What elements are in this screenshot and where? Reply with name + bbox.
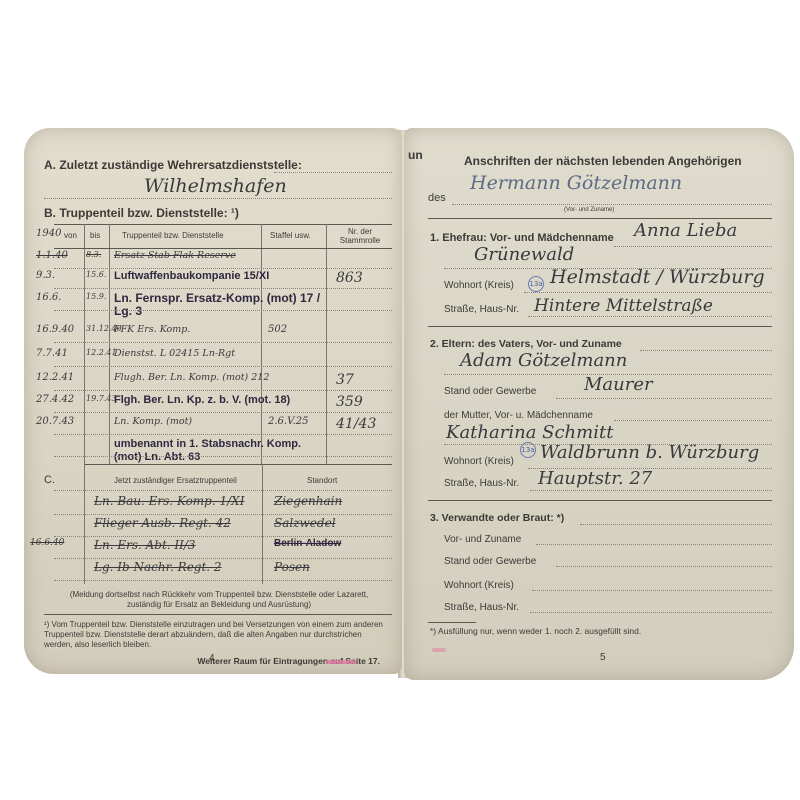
divider xyxy=(84,464,392,465)
page-number: 4 xyxy=(209,653,215,664)
wife-strasse: Hintere Mittelstraße xyxy=(534,296,713,316)
divider xyxy=(54,434,392,435)
cell-von: 9.3. xyxy=(36,270,55,281)
page-number: 5 xyxy=(600,652,606,663)
relatives-strasse-field xyxy=(530,612,772,613)
divider xyxy=(614,246,772,247)
divider xyxy=(580,524,772,525)
cell-von: 20.7.43 xyxy=(36,416,74,427)
parents-label: 2. Eltern: des Vaters, Vor- und Zuname xyxy=(430,338,622,350)
cell-bis: 19.7.43 xyxy=(86,394,117,403)
corner-text: un xyxy=(408,148,423,162)
cell-standort: Posen xyxy=(274,560,310,574)
section-c-letter: C. xyxy=(44,474,55,486)
divider xyxy=(326,224,327,464)
divider xyxy=(84,224,85,464)
cell-unit: Dienstst. L 02415 Ln-Rgt xyxy=(114,348,235,359)
relatives-name-field xyxy=(536,544,772,545)
col-header-standort: Standort xyxy=(307,476,337,485)
col-header-staffel: Staffel usw. xyxy=(270,231,311,240)
divider xyxy=(54,268,392,269)
ink-mark xyxy=(326,660,356,664)
footnote: ¹) Vom Truppenteil bzw. Dienststelle ein… xyxy=(44,620,392,650)
divider xyxy=(54,390,392,391)
divider xyxy=(524,292,772,293)
divider xyxy=(54,366,392,367)
cell-unit: umbenannt in 1. Stabsnachr. Komp. (mot) … xyxy=(114,438,324,464)
parents-strasse: Hauptstr. 27 xyxy=(538,468,652,489)
divider xyxy=(54,558,392,559)
divider xyxy=(44,614,392,615)
divider xyxy=(109,224,110,464)
divider xyxy=(54,514,392,515)
divider xyxy=(428,326,772,327)
relatives-wohnort-label: Wohnort (Kreis) xyxy=(444,580,514,591)
cell-staffel: 2.6.V.25 xyxy=(268,416,308,427)
section-b-label: B. Truppenteil bzw. Dienststelle: ¹) xyxy=(44,206,239,220)
section-a-value: Wilhelmshafen xyxy=(144,175,287,197)
mother-label: der Mutter, Vor- u. Mädchenname xyxy=(444,410,593,421)
cell-bis: 8.3. xyxy=(86,250,101,259)
col-header-ersatz: Jetzt zuständiger Ersatztruppenteil xyxy=(114,476,237,485)
divider xyxy=(640,350,772,351)
cell-staffel: 502 xyxy=(268,324,287,335)
cell-standort: Salzwedel xyxy=(274,516,336,530)
col-header-nr: Nr. der Stammrolle xyxy=(330,227,390,245)
wife-name: Anna Lieba xyxy=(634,220,737,241)
cell-nr: 37 xyxy=(336,372,354,388)
cell-von: 16.6. xyxy=(36,292,61,303)
cell-von: 16.9.40 xyxy=(36,324,74,335)
cell-nr: 863 xyxy=(336,270,363,286)
parents-wohnort-label: Wohnort (Kreis) xyxy=(444,456,514,467)
relatives-label: 3. Verwandte oder Braut: *) xyxy=(430,512,564,524)
parents-strasse-label: Straße, Haus-Nr. xyxy=(444,478,519,489)
cell-unit: Flugh. Ber. Ln. Komp. (mot) 212 xyxy=(114,372,269,383)
cell-unit: Ln. Komp. (mot) xyxy=(114,416,192,427)
divider xyxy=(452,204,772,205)
father-name: Adam Götzelmann xyxy=(460,350,627,371)
divider xyxy=(44,198,392,199)
cell-unit: Ln. Ers. Abt. II/3 xyxy=(94,538,196,552)
des-caption: (Vor- und Zuname) xyxy=(564,207,614,213)
ink-mark xyxy=(432,648,446,652)
relatives-strasse-label: Straße, Haus-Nr. xyxy=(444,602,519,613)
wife-label: 1. Ehefrau: Vor- und Mädchenname xyxy=(430,232,614,244)
divider xyxy=(54,224,392,225)
cell-unit: Ersatz Stab Flak-Reserve xyxy=(114,250,236,261)
footnote: *) Ausfüllung nur, wenn weder 1. noch 2.… xyxy=(430,626,641,636)
cell-von: 1.1.40 xyxy=(36,250,68,261)
col-header-bis: bis xyxy=(90,231,100,240)
cell-nr: 359 xyxy=(336,394,363,410)
right-page: un Anschriften der nächsten lebenden Ang… xyxy=(404,128,794,680)
divider xyxy=(54,580,392,581)
des-label: des xyxy=(428,192,446,204)
divider xyxy=(428,622,476,623)
divider xyxy=(54,536,392,537)
cell-standort: Berlin-Aladow xyxy=(274,538,341,549)
cell-unit: Lg. Ib Nachr. Regt. 2 xyxy=(94,560,222,574)
cell-von: 7.7.41 xyxy=(36,348,68,359)
cell-bis: 12.2.41 xyxy=(86,348,117,357)
kreis-stamp: 13a xyxy=(528,276,544,292)
left-page: A. Zuletzt zuständige Wehrersatzdienstst… xyxy=(24,128,402,674)
cell-von: 12.2.41 xyxy=(36,372,74,383)
divider xyxy=(54,490,392,491)
cell-standort: Ziegenhain xyxy=(274,494,342,508)
cell-unit: Flieger Ausb. Regt. 42 xyxy=(94,516,231,530)
mother-name: Katharina Schmitt xyxy=(446,422,613,443)
divider xyxy=(428,500,772,501)
divider xyxy=(54,288,392,289)
divider xyxy=(528,316,772,317)
cell-unit: FFK Ers. Komp. xyxy=(114,324,190,335)
cell-unit: Ln. Bau. Ers. Komp. 1/XI xyxy=(94,494,244,508)
cell-unit: Ln. Fernspr. Ersatz-Komp. (mot) 17 / Lg.… xyxy=(114,292,324,318)
relatives-stand-field xyxy=(556,566,772,567)
divider xyxy=(261,224,262,464)
wife-strasse-label: Straße, Haus-Nr. xyxy=(444,304,519,315)
cell-bis: 15.6. xyxy=(86,270,106,279)
year-prefix: 1940 xyxy=(36,228,61,239)
wife-maiden-name: Grünewald xyxy=(474,244,574,265)
divider xyxy=(54,310,392,311)
cell-von: 27.4.42 xyxy=(36,394,74,405)
cell-unit: Flgh. Ber. Ln. Kp. z. b. V. (mot. 18) xyxy=(114,394,324,407)
soldier-name: Hermann Götzelmann xyxy=(470,172,682,194)
parents-wohnort: Waldbrunn b. Würzburg xyxy=(540,442,759,463)
divider xyxy=(530,490,772,491)
section-c-note: (Meldung dortselbst nach Rückkehr vom Tr… xyxy=(54,590,384,610)
cell-unit: Luftwaffenbaukompanie 15/XI xyxy=(114,270,324,283)
divider xyxy=(54,456,392,457)
father-stand-label: Stand oder Gewerbe xyxy=(444,386,536,397)
col-header-unit: Truppenteil bzw. Dienststelle xyxy=(122,231,224,240)
col-header-von: von xyxy=(64,231,77,240)
cell-nr: 41/43 xyxy=(336,416,376,432)
wife-wohnort: Helmstadt / Würzburg xyxy=(550,266,765,288)
divider xyxy=(84,464,85,584)
page-title: Anschriften der nächsten lebenden Angehö… xyxy=(464,154,742,168)
cell-date: 16.6.40 xyxy=(30,538,64,548)
relatives-stand-label: Stand oder Gewerbe xyxy=(444,556,536,567)
divider xyxy=(262,464,263,584)
wife-wohnort-label: Wohnort (Kreis) xyxy=(444,280,514,291)
relatives-wohnort-field xyxy=(532,590,772,591)
relatives-name-label: Vor- und Zuname xyxy=(444,534,521,545)
divider xyxy=(614,420,772,421)
cell-bis: 15.9. xyxy=(86,292,106,301)
divider xyxy=(556,398,772,399)
divider xyxy=(54,248,392,249)
kreis-stamp: 13a xyxy=(520,442,536,458)
divider xyxy=(54,412,392,413)
section-a-label: A. Zuletzt zuständige Wehrersatzdienstst… xyxy=(44,158,302,172)
divider xyxy=(274,172,392,173)
divider xyxy=(54,342,392,343)
divider xyxy=(428,218,772,219)
father-stand: Maurer xyxy=(584,374,653,395)
